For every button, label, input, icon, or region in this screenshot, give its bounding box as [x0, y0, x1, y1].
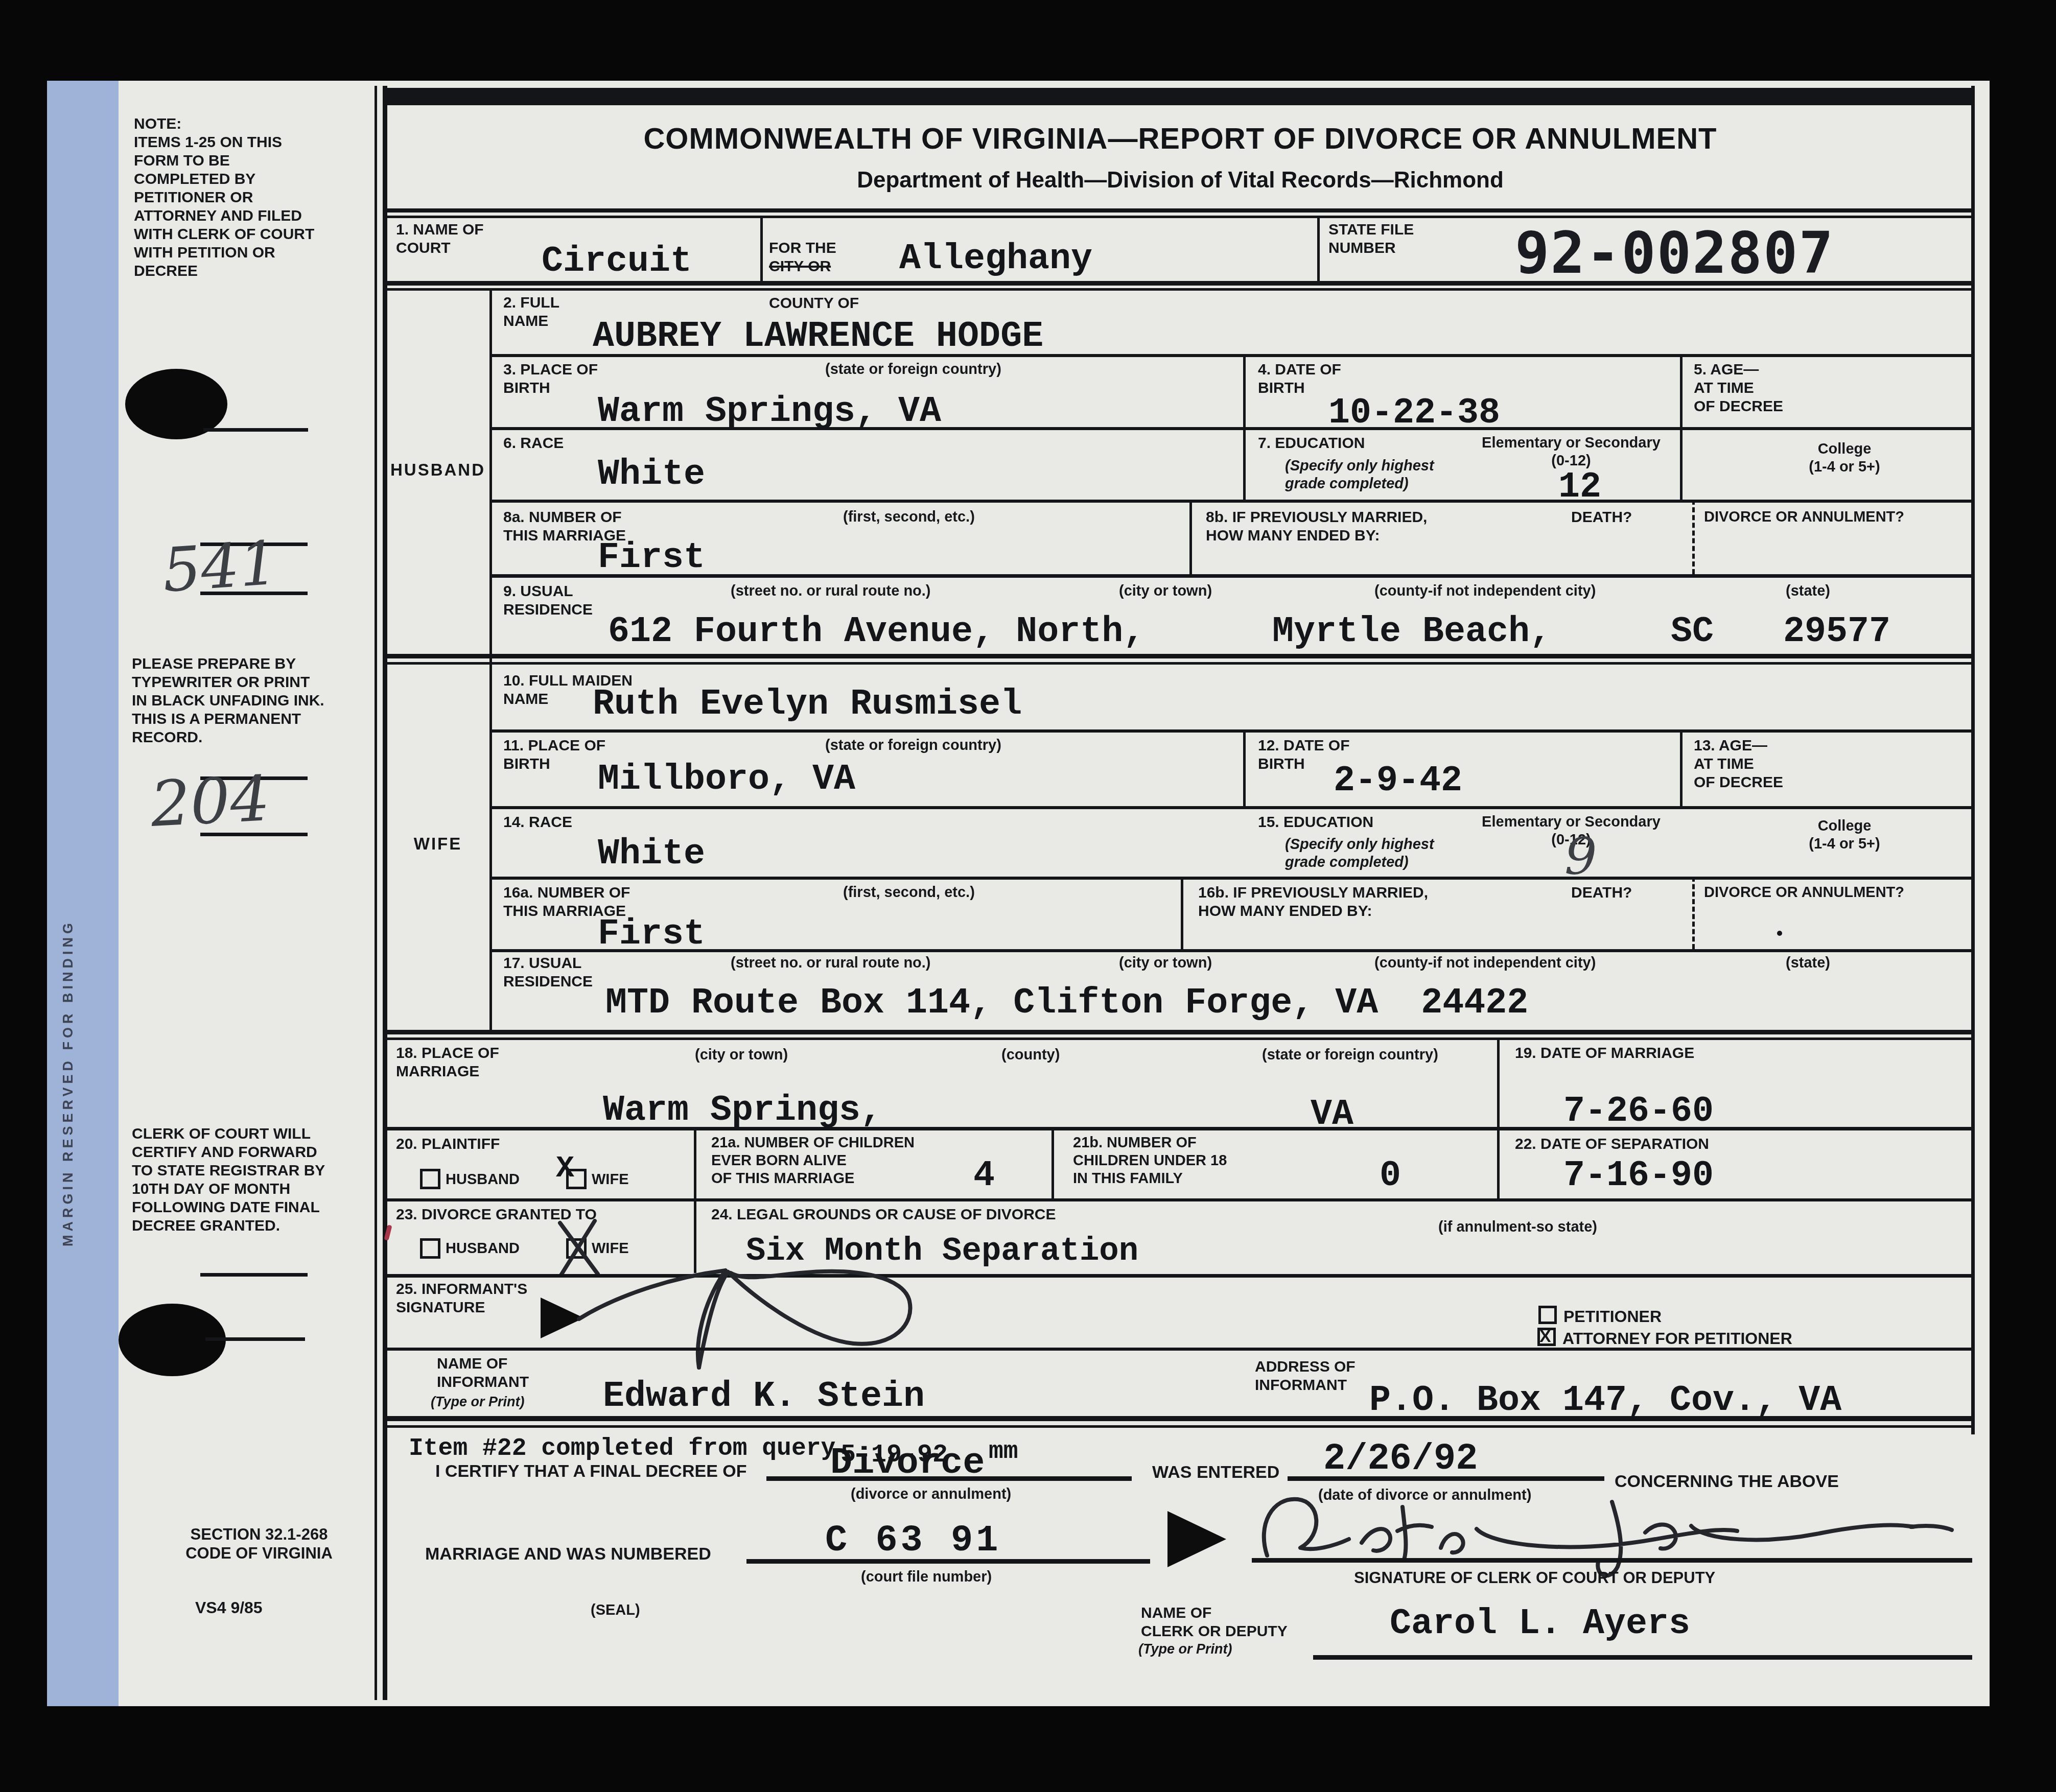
husband-birthdate-value: 10-22-38: [1328, 396, 1500, 432]
wife-section-label: WIFE: [386, 834, 489, 854]
grid-line: [1692, 877, 1695, 949]
wife-marriage-no-value: First: [598, 917, 705, 953]
marriage-state-hint: (state or foreign country): [1262, 1046, 1438, 1064]
court-name-label: 1. NAME OF COURT: [396, 221, 484, 257]
grid-line: [760, 216, 763, 283]
margin-line: [203, 428, 308, 432]
granted-wife-label: WIFE: [592, 1240, 629, 1258]
grid-line: [386, 1198, 1975, 1201]
husband-birthdate-label: 4. DATE OF BIRTH: [1258, 361, 1341, 397]
husband-elementary-label: Elementary or Secondary (0-12): [1464, 434, 1678, 470]
husband-education-hint: (Specify only highest grade completed): [1285, 457, 1434, 493]
form-subtitle: Department of Health—Division of Vital R…: [386, 168, 1975, 193]
residence-city-hint: (city or town): [1119, 582, 1212, 600]
informant-address-value: P.O. Box 147, Cov., VA: [1369, 1383, 1841, 1419]
grid-line: [386, 1416, 1975, 1421]
grounds-hint: (if annulment-so state): [1438, 1218, 1597, 1236]
plaintiff-wife-typed-x: X: [556, 1153, 574, 1184]
blank-line: [746, 1559, 1150, 1564]
husband-race-value: White: [598, 457, 705, 493]
marriage-date-value: 7-26-60: [1563, 1094, 1714, 1130]
clerk-name-value: Carol L. Ayers: [1390, 1607, 1690, 1642]
husband-name-label: 2. FULL NAME: [503, 294, 559, 331]
margin-note: NOTE: ITEMS 1-25 ON THIS FORM TO BE COMP…: [134, 115, 384, 280]
children-born-label: 21a. NUMBER OF CHILDREN EVER BORN ALIVE …: [711, 1134, 915, 1187]
attorney-label: ATTORNEY FOR PETITIONER: [1562, 1329, 1792, 1348]
wife-birthplace-label: 11. PLACE OF BIRTH: [503, 737, 605, 773]
decree-hint: (divorce or annulment): [851, 1486, 1011, 1503]
husband-residence-label: 9. USUAL RESIDENCE: [503, 582, 593, 619]
grid-line: [489, 288, 492, 1030]
blank-line: [1313, 1655, 1972, 1660]
wife-residence-label: 17. USUAL RESIDENCE: [503, 954, 593, 991]
wife-death-label: DEATH?: [1571, 884, 1632, 902]
blank-line: [766, 1476, 1132, 1481]
husband-marriage-no-hint: (first, second, etc.): [843, 508, 975, 526]
marriage-place-city-value: Warm Springs,: [603, 1093, 882, 1129]
clerk-name-hint: (Type or Print): [1138, 1641, 1232, 1657]
grid-line: [386, 662, 1975, 665]
grid-line: [375, 86, 377, 1700]
wife-birthplace-value: Millboro, VA: [598, 762, 855, 798]
wife-prev-married-label: 16b. IF PREVIOUSLY MARRIED, HOW MANY END…: [1198, 884, 1428, 921]
grid-line: [694, 1130, 696, 1198]
informant-signature-label: 25. INFORMANT'S SIGNATURE: [396, 1280, 527, 1317]
informant-signature: [575, 1258, 932, 1380]
county-value: Alleghany: [899, 242, 1092, 277]
wife-divorce-label: DIVORCE OR ANNULMENT?: [1704, 884, 1904, 902]
margin-form-code: VS4 9/85: [195, 1598, 263, 1617]
wife-name-value: Ruth Evelyn Rusmisel: [593, 687, 1022, 723]
grid-line: [1189, 500, 1192, 574]
grid-line: [1692, 500, 1695, 574]
county-label: FOR THE CITY OR COUNTY OF: [769, 221, 859, 313]
grid-line: [489, 354, 1975, 357]
wife-age-label: 13. AGE— AT TIME OF DECREE: [1694, 737, 1783, 792]
husband-marriage-no-value: First: [598, 540, 705, 576]
seal-label: (SEAL): [591, 1601, 640, 1619]
entered-date-value: 2/26/92: [1323, 1441, 1478, 1477]
wife-birthplace-hint: (state or foreign country): [825, 737, 1001, 754]
handwritten-number-541: 541: [160, 527, 279, 605]
margin-clerk-note: CLERK OF COURT WILL CERTIFY AND FORWARD …: [132, 1125, 398, 1235]
wife-education-hint: (Specify only highest grade completed): [1285, 836, 1434, 871]
children-born-value: 4: [973, 1159, 995, 1194]
petitioner-checkbox: [1538, 1306, 1557, 1324]
husband-section-label: HUSBAND: [386, 460, 489, 480]
grid-line: [386, 1030, 1975, 1034]
marriage-date-label: 19. DATE OF MARRIAGE: [1515, 1044, 1694, 1063]
husband-name-value: AUBREY LAWRENCE HODGE: [593, 319, 1043, 355]
margin-line: [205, 1337, 305, 1341]
clerk-signature-arrow-icon: [1167, 1511, 1226, 1567]
husband-race-label: 6. RACE: [503, 434, 564, 453]
wife-race-label: 14. RACE: [503, 813, 572, 832]
marriage-place-label: 18. PLACE OF MARRIAGE: [396, 1044, 499, 1081]
husband-residence-city: Myrtle Beach,: [1272, 615, 1551, 650]
scanned-divorce-report: MARGIN RESERVED FOR BINDING NOTE: ITEMS …: [0, 0, 2056, 1792]
grid-line: [489, 949, 1975, 952]
grid-line: [1680, 729, 1683, 806]
wife-birthdate-value: 2-9-42: [1334, 764, 1462, 799]
blank-line: [1252, 1558, 1972, 1563]
residence-city-hint: (city or town): [1119, 954, 1212, 972]
court-file-hint: (court file number): [861, 1568, 992, 1586]
grid-line: [489, 877, 1975, 880]
grid-line: [1497, 1130, 1500, 1198]
clerk-name-label: NAME OF CLERK OR DEPUTY: [1141, 1604, 1288, 1641]
handwritten-number-204: 204: [149, 762, 271, 841]
husband-education-label: 7. EDUCATION: [1258, 434, 1365, 453]
county-label-prefix: FOR THE: [769, 240, 836, 256]
residence-street-hint: (street no. or rural route no.): [731, 582, 931, 600]
margin-section-ref: SECTION 32.1-268 CODE OF VIRGINIA: [134, 1525, 384, 1563]
plaintiff-label: 20. PLAINTIFF: [396, 1135, 500, 1153]
grid-line: [386, 1038, 1975, 1040]
certify-label: I CERTIFY THAT A FINAL DECREE OF: [435, 1461, 747, 1482]
grid-line: [489, 806, 1975, 809]
court-file-number-value: C 63 91: [825, 1522, 1001, 1559]
husband-college-label: College (1-4 or 5+): [1763, 440, 1926, 476]
residence-county-hint: (county-if not independent city): [1374, 954, 1596, 972]
husband-residence-zip: 29577: [1783, 615, 1890, 650]
wife-education-label: 15. EDUCATION: [1258, 813, 1373, 832]
grid-line: [386, 654, 1975, 658]
binding-strip: [47, 81, 119, 1706]
children-under18-label: 21b. NUMBER OF CHILDREN UNDER 18 IN THIS…: [1073, 1134, 1227, 1187]
informant-name-label: NAME OF INFORMANT: [437, 1355, 529, 1392]
margin-prepare-note: PLEASE PREPARE BY TYPEWRITER OR PRINT IN…: [132, 655, 392, 747]
grid-line: [386, 1425, 1975, 1428]
grid-line: [386, 1127, 1975, 1130]
wife-college-label: College (1-4 or 5+): [1763, 817, 1926, 853]
separation-date-value: 7-16-90: [1563, 1159, 1714, 1194]
grid-line: [489, 574, 1975, 578]
residence-state-hint: (state): [1786, 582, 1830, 600]
husband-death-label: DEATH?: [1571, 508, 1632, 527]
county-label-struck: CITY OR: [769, 258, 831, 275]
query-annotation-initials: mm: [989, 1440, 1018, 1464]
grid-line: [1497, 1038, 1500, 1127]
grid-line: [1243, 729, 1246, 806]
grid-line: [386, 1348, 1975, 1351]
informant-name-hint: (Type or Print): [431, 1394, 525, 1410]
binding-margin-text: MARGIN RESERVED FOR BINDING: [60, 633, 76, 1246]
residence-street-hint: (street no. or rural route no.): [731, 954, 931, 972]
grid-line: [386, 281, 1975, 286]
informant-address-label: ADDRESS OF INFORMANT: [1255, 1358, 1356, 1395]
county-label-suffix: COUNTY OF: [769, 295, 859, 312]
granted-husband-label: HUSBAND: [446, 1240, 520, 1258]
children-under18-value: 0: [1380, 1159, 1401, 1194]
form-top-bar: [386, 88, 1975, 105]
husband-residence-street: 612 Fourth Avenue, North,: [608, 615, 1144, 650]
marriage-city-hint: (city or town): [695, 1046, 788, 1064]
grid-line: [1181, 877, 1183, 949]
grid-line: [386, 288, 1975, 291]
petitioner-label: PETITIONER: [1563, 1307, 1662, 1326]
residence-county-hint: (county-if not independent city): [1374, 582, 1596, 600]
grounds-label: 24. LEGAL GROUNDS OR CAUSE OF DIVORCE: [711, 1206, 1056, 1224]
grid-line: [489, 729, 1975, 733]
grid-line: [1317, 216, 1320, 283]
plaintiff-wife-label: WIFE: [592, 1171, 629, 1189]
granted-husband-checkbox: [420, 1238, 440, 1259]
marriage-county-hint: (county): [1001, 1046, 1060, 1064]
residence-state-hint: (state): [1786, 954, 1830, 972]
husband-age-label: 5. AGE— AT TIME OF DECREE: [1694, 361, 1783, 416]
numbered-label: MARRIAGE AND WAS NUMBERED: [425, 1544, 711, 1565]
grid-line: [1052, 1130, 1054, 1198]
court-name-value: Circuit: [542, 244, 692, 280]
query-annotation: Item #22 completed from query: [409, 1436, 835, 1461]
plaintiff-husband-checkbox: [420, 1169, 440, 1189]
form-title: COMMONWEALTH OF VIRGINIA—REPORT OF DIVOR…: [386, 122, 1975, 156]
informant-name-value: Edward K. Stein: [603, 1379, 925, 1415]
plaintiff-husband-label: HUSBAND: [446, 1171, 520, 1189]
husband-birthplace-hint: (state or foreign country): [825, 361, 1001, 379]
state-file-number-stamp: 92-002807: [1515, 225, 1834, 282]
grid-line: [383, 86, 387, 1700]
wife-residence-value: MTD Route Box 114, Clifton Forge, VA 244…: [605, 986, 1528, 1022]
husband-prev-married-label: 8b. IF PREVIOUSLY MARRIED, HOW MANY ENDE…: [1206, 508, 1427, 545]
husband-divorce-label: DIVORCE OR ANNULMENT?: [1704, 508, 1904, 526]
margin-line: [200, 1273, 308, 1277]
grid-line: [489, 427, 1975, 430]
grid-line: [489, 500, 1975, 503]
grid-line: [386, 216, 1975, 218]
wife-marriage-no-hint: (first, second, etc.): [843, 884, 975, 902]
wife-race-value: White: [598, 837, 705, 873]
clerk-signature-label: SIGNATURE OF CLERK OF COURT OR DEPUTY: [1354, 1568, 1715, 1587]
husband-birthplace-value: Warm Springs, VA: [598, 394, 941, 430]
separation-date-label: 22. DATE OF SEPARATION: [1515, 1135, 1709, 1153]
husband-birthplace-label: 3. PLACE OF BIRTH: [503, 361, 598, 397]
file-number-label: STATE FILE NUMBER: [1328, 221, 1414, 257]
grid-line: [386, 208, 1975, 213]
stray-dot: [1777, 931, 1782, 936]
attorney-checkbox-x: X: [1539, 1326, 1551, 1347]
husband-residence-state: SC: [1671, 615, 1714, 650]
